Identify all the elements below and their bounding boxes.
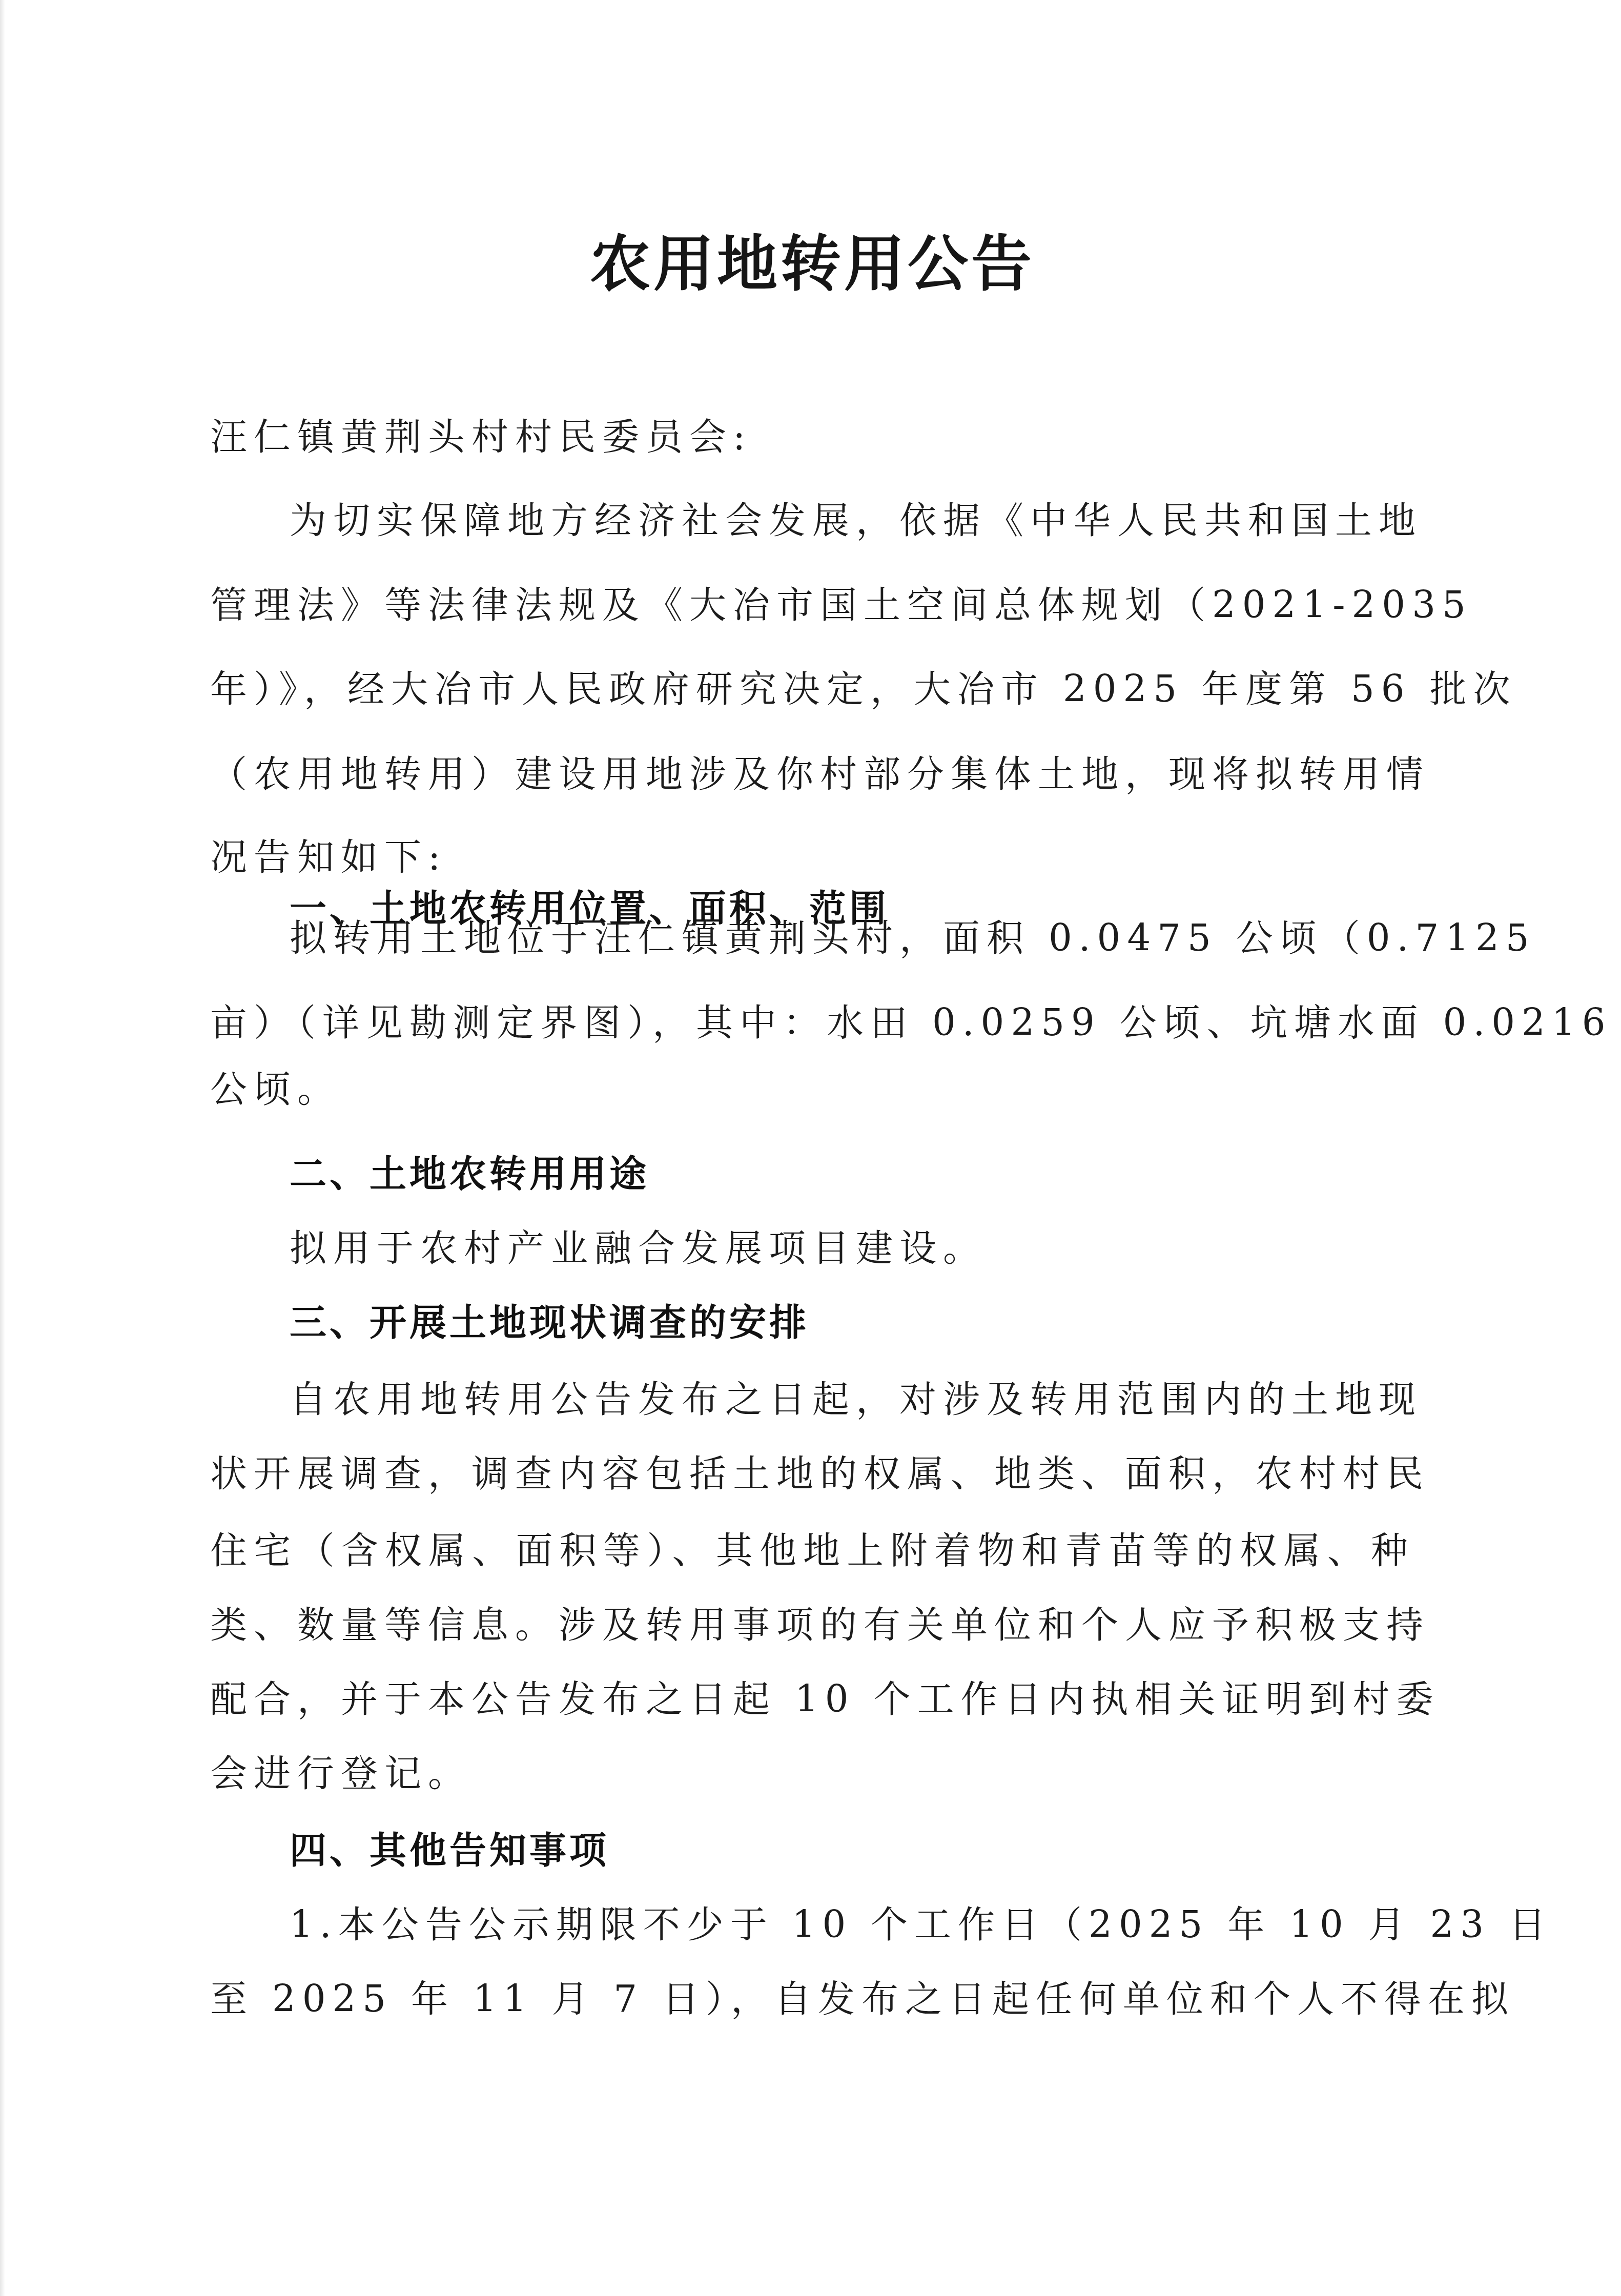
- section-3-line: 会进行登记。: [210, 1748, 1414, 1799]
- intro-line: 为切实保障地方经济社会发展，依据《中华人民共和国土地: [210, 495, 1414, 546]
- section-3-line: 类、数量等信息。涉及转用事项的有关单位和个人应予积极支持: [210, 1599, 1414, 1650]
- intro-line: 况告知如下:: [210, 831, 1414, 883]
- section-4-line: 1.本公告公示期限不少于 10 个工作日（2025 年 10 月 23 日: [210, 1899, 1414, 1950]
- scan-page-edge: [0, 0, 5, 2296]
- section-3-line: 配合，并于本公告发布之日起 10 个工作日内执相关证明到村委: [210, 1673, 1414, 1725]
- section-2-line: 拟用于农村产业融合发展项目建设。: [210, 1222, 1414, 1274]
- section-1-line: 公顷。: [210, 1063, 1414, 1115]
- section-3-line: 自农用地转用公告发布之日起，对涉及转用范围内的土地现: [210, 1373, 1414, 1425]
- addressee: 汪仁镇黄荆头村村民委员会:: [210, 411, 1414, 462]
- intro-line: 管理法》等法律法规及《大冶市国土空间总体规划（2021-2035: [210, 579, 1414, 630]
- section-4-line: 至 2025 年 11 月 7 日），自发布之日起任何单位和个人不得在拟: [210, 1973, 1414, 2024]
- section-1-line: 拟转用土地位于汪仁镇黄荆头村，面积 0.0475 公顷（0.7125: [210, 912, 1414, 963]
- section-heading-2: 二、土地农转用用途: [210, 1148, 1414, 1199]
- section-3-line: 住宅（含权属、面积等）、其他地上附着物和青苗等的权属、种: [210, 1525, 1414, 1576]
- section-heading-3: 三、开展土地现状调查的安排: [210, 1297, 1414, 1348]
- intro-line: （农用地转用）建设用地涉及你村部分集体土地，现将拟转用情: [210, 748, 1414, 799]
- intro-line: 年）》，经大冶市人民政府研究决定，大冶市 2025 年度第 56 批次: [210, 663, 1414, 714]
- document-title: 农用地转用公告: [210, 228, 1414, 300]
- section-1-line: 亩）（详见勘测定界图），其中：水田 0.0259 公顷、坑塘水面 0.0216: [210, 997, 1414, 1048]
- section-3-line: 状开展调查，调查内容包括土地的权属、地类、面积，农村村民: [210, 1448, 1414, 1499]
- section-heading-4: 四、其他告知事项: [210, 1824, 1414, 1876]
